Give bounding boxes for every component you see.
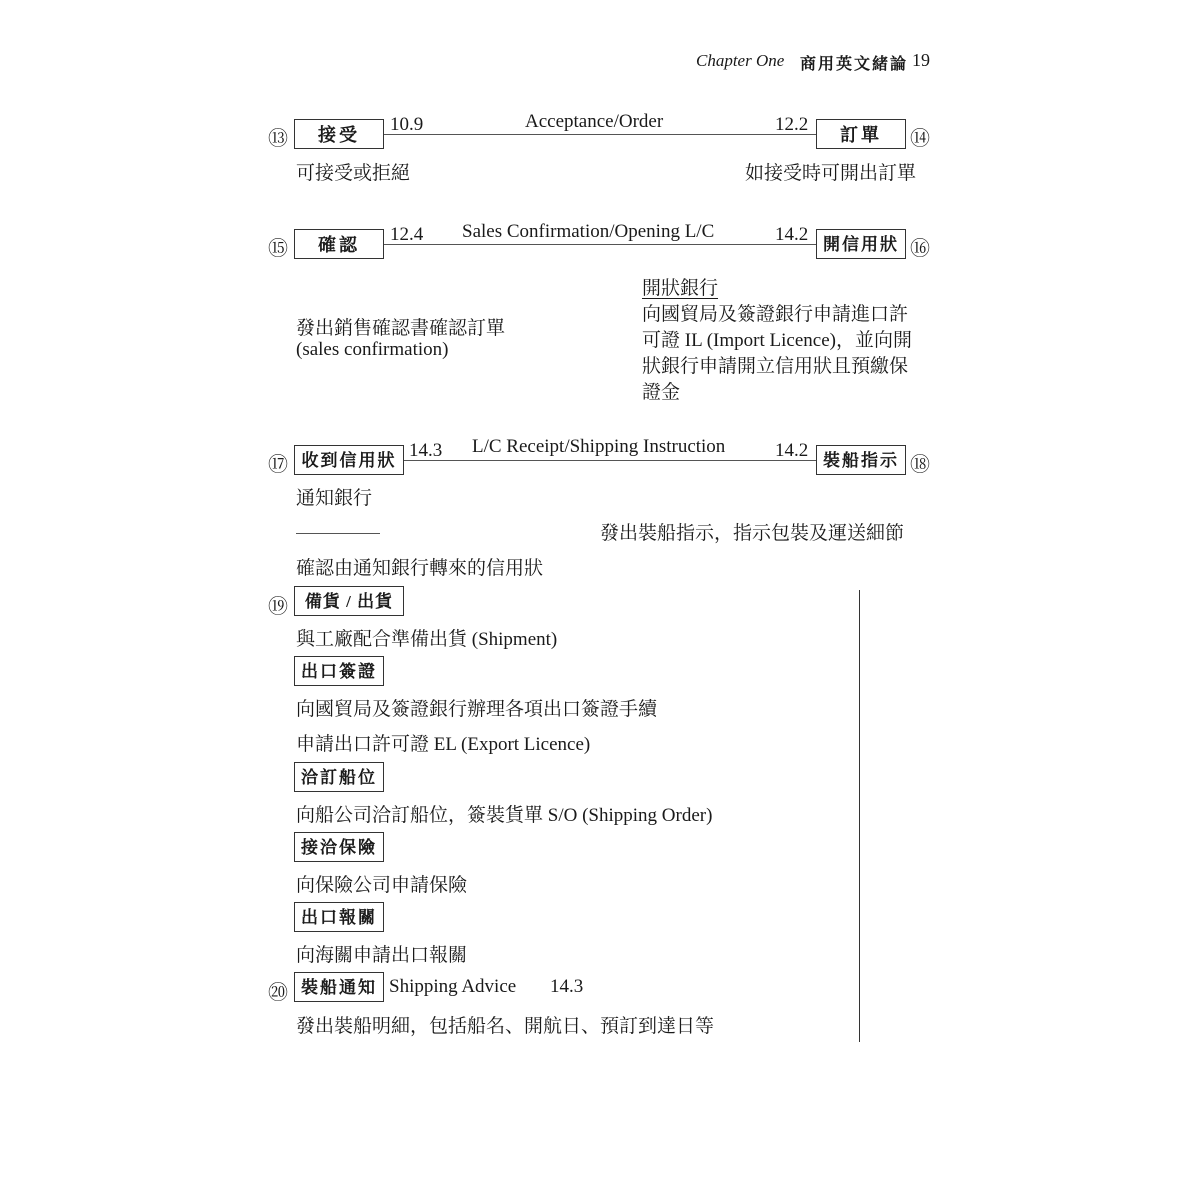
substep-box-insurance: 接洽保險 [294, 832, 384, 862]
flow-label: Acceptance/Order [525, 111, 663, 133]
step-number-13: ⑬ [268, 122, 288, 151]
flow-line [384, 134, 816, 135]
step-desc: 發出裝船明細，包括船名、開航日、預訂到達日等 [296, 1011, 714, 1038]
step-box-lc-receipt: 收到信用狀 [294, 445, 404, 475]
step-box-shipment: 備貨 / 出貨 [294, 586, 404, 616]
ref-number: 10.9 [390, 114, 423, 136]
step-desc: 確認由通知銀行轉來的信用狀 [296, 553, 543, 580]
step-desc: 可接受或拒絕 [296, 158, 410, 185]
step-number-14: ⑭ [910, 122, 930, 151]
step-number-20: ⑳ [268, 976, 288, 1005]
flow-label: Shipping Advice [389, 976, 516, 998]
ref-number: 14.3 [409, 440, 442, 462]
step-desc: 向國貿局及簽證銀行申請進口許 [642, 299, 908, 326]
issuing-bank-heading: 開狀銀行 [642, 273, 718, 300]
step-desc: 可證 IL (Import Licence)，並向開 [642, 325, 912, 352]
substep-desc: 向國貿局及簽證銀行辦理各項出口簽證手續 [296, 694, 657, 721]
step-desc: 發出銷售確認書確認訂單 [296, 313, 505, 340]
substep-desc: 向保險公司申請保險 [296, 870, 467, 897]
substep-desc: 申請出口許可證 EL (Export Licence) [296, 729, 590, 756]
vertical-bracket-line [859, 590, 860, 1042]
step-box-shipping-advice: 裝船通知 [294, 972, 384, 1002]
substep-desc: 向海關申請出口報關 [296, 940, 467, 967]
ref-number: 12.4 [390, 224, 423, 246]
flow-line [384, 244, 816, 245]
step-box-acceptance: 接受 [294, 119, 384, 149]
flow-label: Sales Confirmation/Opening L/C [462, 221, 714, 243]
ref-number: 14.2 [775, 224, 808, 246]
step-desc: (sales confirmation) [296, 339, 448, 361]
step-desc: 證金 [642, 377, 680, 404]
flow-line [404, 460, 816, 461]
step-number-15: ⑮ [268, 232, 288, 261]
flow-label: L/C Receipt/Shipping Instruction [472, 436, 725, 458]
substep-box-export-visa: 出口簽證 [294, 656, 384, 686]
substep-box-book-space: 洽訂船位 [294, 762, 384, 792]
step-desc: 與工廠配合準備出貨 (Shipment) [296, 624, 557, 651]
chapter-label: Chapter One [696, 51, 784, 71]
advising-bank-heading: 通知銀行 [296, 483, 372, 510]
ref-number: 14.2 [775, 440, 808, 462]
step-box-opening-lc: 開信用狀 [816, 229, 906, 259]
step-desc: 如接受時可開出訂單 [745, 158, 916, 185]
step-number-18: ⑱ [910, 448, 930, 477]
ref-number: 12.2 [775, 114, 808, 136]
separator-line [296, 533, 380, 534]
chapter-title: 商用英文緒論 [800, 51, 908, 74]
step-box-confirmation: 確認 [294, 229, 384, 259]
step-number-17: ⑰ [268, 448, 288, 477]
step-desc: 發出裝船指示，指示包裝及運送細節 [600, 518, 904, 545]
substep-desc: 向船公司洽訂船位，簽裝貨單 S/O (Shipping Order) [296, 800, 712, 827]
substep-box-customs: 出口報關 [294, 902, 384, 932]
page-number: 19 [912, 50, 930, 71]
step-number-16: ⑯ [910, 232, 930, 261]
step-box-shipping-instruction: 裝船指示 [816, 445, 906, 475]
step-box-order: 訂單 [816, 119, 906, 149]
step-desc: 狀銀行申請開立信用狀且預繳保 [642, 351, 908, 378]
ref-number: 14.3 [550, 976, 583, 998]
step-number-19: ⑲ [268, 590, 288, 619]
